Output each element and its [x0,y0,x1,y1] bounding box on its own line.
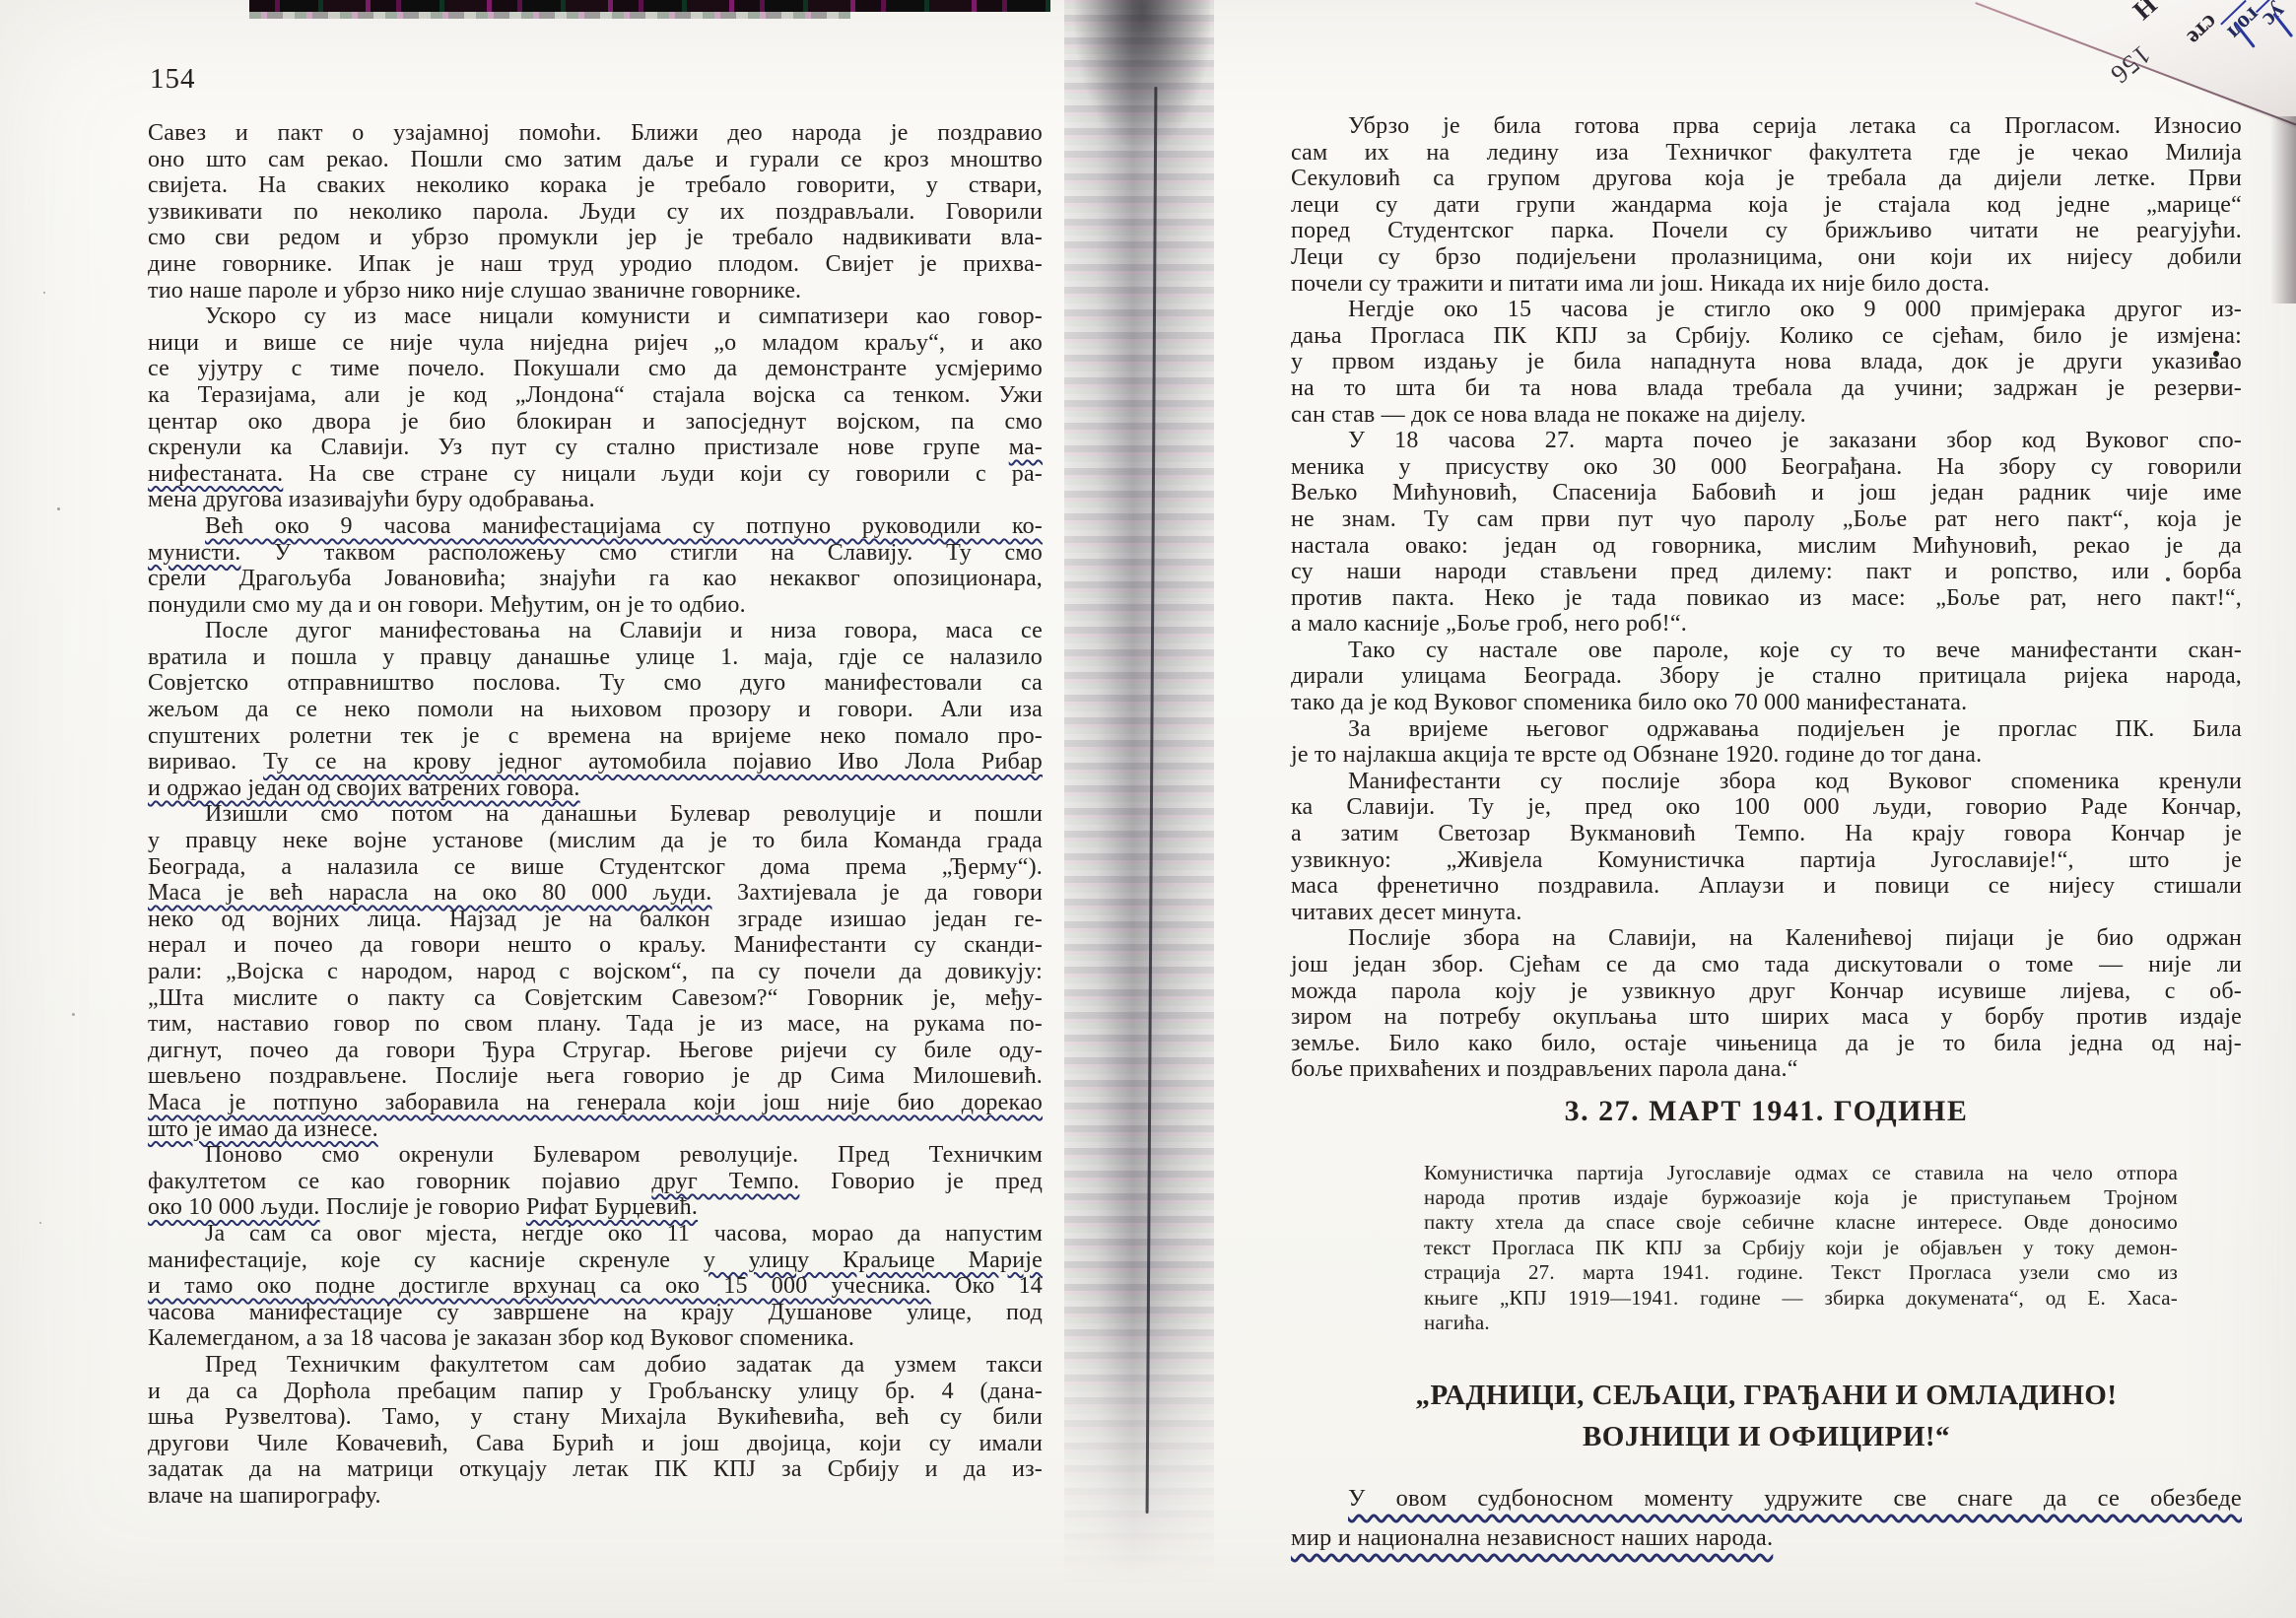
hand-underlined-text: нифестаната. [148,461,283,487]
scanner-noise-band-lower [249,12,850,19]
text-line: можда парола коју је узвикнуо друг Конча… [1291,978,2242,1005]
hand-underlined-text: Маса је већ нарасла на око 80 000 људи. [148,880,712,906]
text-line: Изишли смо потом на данашњи Булевар рево… [148,801,1043,828]
text-line: поред Студентског парка. Почели су брижљ… [1291,218,2242,244]
text-line: „Шта мислите о пакту са Совјетским Савез… [148,985,1043,1012]
hand-underlined-text: мир и национална независност наших народ… [1291,1524,1773,1551]
right-page-text-column: Убрзо је била готова прва серија летака … [1291,113,2242,1558]
text-line: Београда, а налазила се више Студентског… [148,854,1043,881]
text-line: ка Теразијама, али је код „Лондона“ стај… [148,382,1043,409]
text-line: дирали улицама Београда. Збору је стално… [1291,663,2242,690]
text-line: вратила и пошла у правцу данашње улице 1… [148,644,1043,671]
hand-underlined-text: друг Темпо. [651,1169,799,1194]
ink-speck [57,507,60,510]
text-line: Поново смо окренули Булеваром револуције… [148,1142,1043,1169]
ink-speck [72,1013,75,1016]
text-line: центар око двора је био блокиран и запос… [148,409,1043,436]
proclamation-heading: „РАДНИЦИ, СЕЉАЦИ, ГРАЂАНИ И ОМЛАДИНО! ВО… [1291,1375,2242,1457]
text-line: а затим Светозар Вукмановић Темпо. На кр… [1291,821,2242,847]
text-line: Вељко Мићуновић, Спасенија Бабовић и још… [1291,480,2242,506]
text-line: народа против издаје буржоазије која је … [1424,1185,2178,1210]
proclamation-heading-line: ВОЈНИЦИ И ОФИЦИРИ!“ [1291,1416,2242,1457]
text-line: на то шта би та нова влада требала да уч… [1291,375,2242,402]
text-line: текст Прогласа ПК КПЈ за Србију који је … [1424,1236,2178,1260]
text-line: ници и више се није чула ниједна ријеч „… [148,330,1043,357]
text-line: срели Драгољуба Јовановића; знајући га к… [148,566,1043,592]
text-line: тим, наставио говор по свом плану. Тада … [148,1011,1043,1038]
text-line: понудили смо му да и он говори. Међутим,… [148,592,1043,619]
text-line: против пакта. Неко је тада повикао из ма… [1291,585,2242,612]
text-line: књиге „КПЈ 1919—1941. године — збирка до… [1424,1286,2178,1311]
text-line: мир и национална независност наших народ… [1291,1518,2242,1558]
hand-underlined-text: што је имао да изнесе. [148,1116,378,1142]
hand-underlined-text: Рифат Бурџевић. [526,1194,698,1220]
text-line: шевљено поздрављене. Послије њега говори… [148,1063,1043,1090]
hand-underlined-text: ма- [1009,435,1043,460]
hand-underlined-text: Маса је потпуно заборавила на генерала к… [148,1090,1043,1115]
text-line: и одржао један од својих ватрених говора… [148,775,1043,802]
text-line: у првом издању је била нападнута нова вл… [1291,349,2242,375]
text-line: За вријеме његовог одржавања подијељен ј… [1291,716,2242,743]
text-line: сам их на ледину иза Техничког факултета… [1291,140,2242,167]
text-line: ка Славији. Ту је, пред око 100 000 људи… [1291,794,2242,821]
text-line: не знам. Ту сам први пут чуо паролу „Бољ… [1291,506,2242,533]
text-line: Убрзо је била готова прва серија летака … [1291,113,2242,140]
text-line: Савез и пакт о узајамној помоћи. Ближи д… [148,120,1043,147]
text-line: дања Прогласа ПК КПЈ за Србију. Колико с… [1291,323,2242,350]
text-line: Ја сам са овог мјеста, негдје око 11 час… [148,1221,1043,1247]
text-line: дигнут, почео да говори Ђура Стругар. Ње… [148,1038,1043,1064]
left-page-text-column: Савез и пакт о узајамној помоћи. Ближи д… [148,120,1043,1509]
ink-speck [43,292,45,294]
text-line: мена другова изазивајући буру одобравања… [148,487,1043,513]
text-line: шња Рузвелтова). Тамо, у стану Михајла В… [148,1404,1043,1431]
scanned-book-spread: 156 Н сте гол ус 154 Савез и пакт о узај… [0,0,2296,1618]
text-line: Совјетско отправништво послова. Ту смо д… [148,670,1043,697]
text-line: Комунистичка партија Југославије одмах с… [1424,1161,2178,1185]
text-line: Маса је већ нарасла на око 80 000 људи. … [148,880,1043,907]
text-line: се ујутру с тиме почело. Покушали смо да… [148,356,1043,382]
hand-underlined-text: У овом судбоносном моменту удружите све … [1348,1485,2242,1512]
text-line: тио наше пароле и убрзо нико није слушао… [148,278,1043,304]
text-line: читавих десет минута. [1291,900,2242,926]
text-line: боље прихваћених и поздрављених парола д… [1291,1056,2242,1083]
text-line: нифестаната. На све стране су ницали људ… [148,461,1043,488]
text-line: леци су дати групи жандарма која је стај… [1291,192,2242,219]
text-line: Тако су настале ове пароле, које су то в… [1291,638,2242,664]
text-line: Манифестанти су послије збора код Вуково… [1291,769,2242,795]
text-line: почели су тражити и питати има ли још. Н… [1291,271,2242,298]
text-line: Пред Техничким факултетом сам добио зада… [148,1352,1043,1379]
text-line: око 10 000 људи. Послије је говорио Рифа… [148,1194,1043,1221]
book-gutter-blotch [1070,0,1210,158]
text-line: пакту хтела да спасе своје себичне класн… [1424,1210,2178,1235]
text-line: сан став — док се нова влада не покаже н… [1291,402,2242,429]
text-line: што је имао да изнесе. [148,1116,1043,1143]
text-line: После дугог манифестовања на Славији и н… [148,618,1043,644]
text-line: и да са Дорћола пребацим папир у Гробљан… [148,1379,1043,1405]
hand-underlined-text: и одржао један од својих ватрених говора… [148,775,580,801]
text-line: У овом судбоносном моменту удружите све … [1291,1479,2242,1518]
text-line: Секуловић са групом другова која је треб… [1291,166,2242,192]
text-line: мунисти. У таквом расположењу смо стигли… [148,540,1043,567]
text-line: рали: „Војска с народом, народ с војском… [148,959,1043,985]
text-line: Маса је потпуно заборавила на генерала к… [148,1090,1043,1116]
text-line: смо сви редом и убрзо промукли јер је тр… [148,225,1043,251]
hand-underlined-text: око 10 000 људи. [148,1194,320,1220]
text-line: неко од војних лица. Најзад је на балкон… [148,907,1043,933]
text-line: свијета. На сваких неколико корака је тр… [148,172,1043,199]
text-line: другови Чиле Ковачевић, Сава Бурић и још… [148,1431,1043,1457]
text-line: скренули ка Славији. Уз пут су стално пр… [148,435,1043,461]
text-line: дине говорнике. Ипак је наш труд уродио … [148,251,1043,278]
text-line: Ускоро су из масе ницали комунисти и сим… [148,303,1043,330]
hand-underlined-text: у улицу Краљице Марије [704,1247,1043,1273]
text-line: факултетом се као говорник појавио друг … [148,1169,1043,1195]
text-line: Послије збора на Славији, на Каленићевој… [1291,925,2242,952]
text-line: настала овако: један од говорника, мисли… [1291,533,2242,560]
section-heading: 3. 27. МАРТ 1941. ГОДИНЕ [1291,1099,2242,1125]
text-line: маса френетично поздравила. Аплаузи и по… [1291,873,2242,900]
text-line: влаче на шапирографу. [148,1483,1043,1510]
text-line: оно што сам рекао. Пошли смо затим даље … [148,147,1043,173]
text-line: зиром на потребу окупљања што ширих маса… [1291,1004,2242,1031]
text-line: и тамо око подне достигле врхунац са око… [148,1273,1043,1300]
text-line: још један збор. Сјећам се да смо тада ди… [1291,952,2242,978]
text-line: нагића. [1424,1311,2178,1335]
text-line: а мало касније „Боље гроб, него роб!“. [1291,611,2242,638]
text-line: земље. Било како било, остаје чињеница д… [1291,1031,2242,1057]
scanner-noise-band [249,0,1050,12]
text-line: узвикнуо: „Живјела Комунистичка партија … [1291,847,2242,874]
text-line: Негдје око 15 часова је стигло око 9 000… [1291,297,2242,323]
text-line: тако да је код Вуковог споменика било ок… [1291,690,2242,716]
book-gutter-shadow [1064,0,1214,1618]
editor-note-block: Комунистичка партија Југославије одмах с… [1424,1161,2178,1336]
text-line: манифестације, које су касније скренуле … [148,1247,1043,1274]
page-edge-shadow [2270,116,2296,303]
text-line: нерал и почео да говори нешто о краљу. М… [148,932,1043,959]
hand-underlined-text: Ту се на крову једног аутомобила појавио… [263,749,1043,775]
proclamation-heading-line: „РАДНИЦИ, СЕЉАЦИ, ГРАЂАНИ И ОМЛАДИНО! [1291,1375,2242,1416]
text-line: Леци су брзо подијељени пролазницима, он… [1291,244,2242,271]
text-line: су наши народи стављени пред дилему: пак… [1291,559,2242,585]
text-line: задатак да на матрици откуцају летак ПК … [148,1456,1043,1483]
text-line: Већ око 9 часова манифестацијама су потп… [148,513,1043,540]
ink-speck [39,1222,41,1224]
right-page-paragraphs: Убрзо је била готова прва серија летака … [1291,113,2242,1083]
text-line: часова манифестације су завршене на крај… [148,1300,1043,1326]
text-line: је то најлакша акција те врсте од Обзнан… [1291,742,2242,769]
text-line: У 18 часова 27. марта почео је заказани … [1291,428,2242,454]
text-line: жељом да се неко помоли на њиховом прозо… [148,697,1043,723]
text-line: узвикивати по неколико парола. Људи су и… [148,199,1043,226]
text-line: спуштених ролетни тек је с времена на вр… [148,723,1043,750]
hand-underlined-text: мунисти. [148,540,240,566]
text-line: меника у присуству око 30 000 Београђана… [1291,454,2242,481]
text-line: страција 27. марта 1941. године. Текст П… [1424,1260,2178,1285]
page-number: 154 [150,63,196,96]
hand-underlined-text: и тамо око подне достигле врхунац са око… [148,1273,931,1299]
text-line: у правцу неке војне установе (мислим да … [148,828,1043,854]
hand-underlined-text: Већ око 9 часова манифестацијама су потп… [205,513,1043,539]
text-line: виривао. Ту се на крову једног аутомобил… [148,749,1043,775]
text-line: Калемегданом, а за 18 часова је заказан … [148,1325,1043,1352]
proclamation-opening: У овом судбоносном моменту удружите све … [1291,1479,2242,1558]
